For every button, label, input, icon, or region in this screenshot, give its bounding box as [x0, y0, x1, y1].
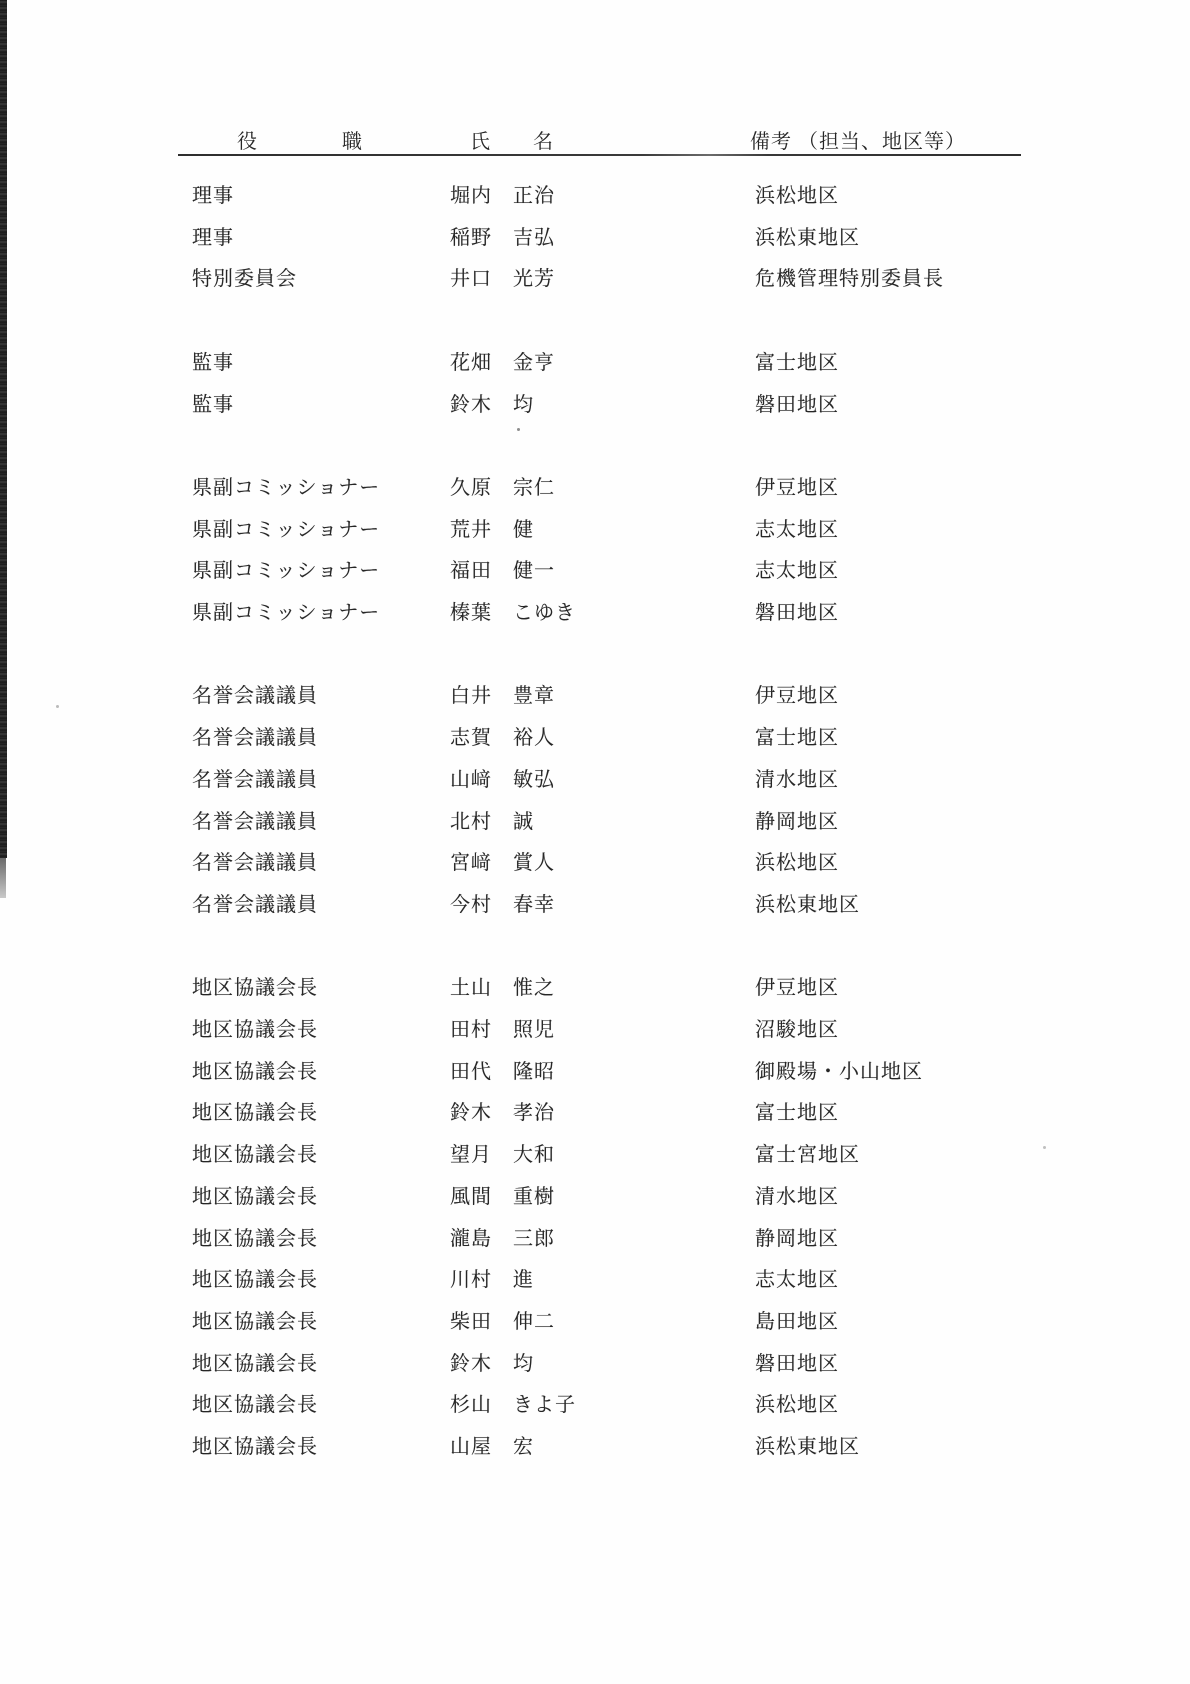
table-row: 地区協議会長山屋 宏浜松東地区 [0, 1436, 1190, 1458]
note-cell: 危機管理特別委員長 [755, 268, 944, 290]
note-cell: 志太地区 [755, 519, 839, 541]
note-cell: 伊豆地区 [755, 977, 839, 999]
table-row: 地区協議会長杉山 きよ子浜松地区 [0, 1394, 1190, 1416]
note-cell: 御殿場・小山地区 [755, 1061, 923, 1083]
note-cell: 静岡地区 [755, 1228, 839, 1250]
name-cell: 福田 健一 [450, 560, 555, 582]
name-cell: 榛葉 こゆき [450, 602, 576, 624]
header-divider [178, 154, 1021, 156]
note-cell: 浜松地区 [755, 185, 839, 207]
table-row: 地区協議会長鈴木 均磐田地区 [0, 1353, 1190, 1375]
role-cell: 県副コミッショナー [192, 519, 380, 541]
role-cell: 県副コミッショナー [192, 477, 380, 499]
role-cell: 県副コミッショナー [192, 560, 380, 582]
name-cell: 瀧島 三郎 [450, 1228, 555, 1250]
note-cell: 伊豆地区 [755, 685, 839, 707]
note-cell: 浜松東地区 [755, 1436, 860, 1458]
table-row: 監事花畑 金亨富士地区 [0, 352, 1190, 374]
role-cell: 地区協議会長 [192, 1269, 318, 1291]
note-cell: 浜松地区 [755, 852, 839, 874]
note-cell: 富士宮地区 [755, 1144, 860, 1166]
note-cell: 富士地区 [755, 352, 839, 374]
table-row: 名誉会議議員志賀 裕人富士地区 [0, 727, 1190, 749]
role-cell: 名誉会議議員 [192, 894, 318, 916]
table-row: 地区協議会長瀧島 三郎静岡地区 [0, 1228, 1190, 1250]
scanned-page: 役 職 氏 名 備考 （担当、地区等） 理事堀内 正治浜松地区理事稲野 吉弘浜松… [0, 0, 1190, 1684]
name-cell: 久原 宗仁 [450, 477, 555, 499]
table-row: 地区協議会長土山 惟之伊豆地区 [0, 977, 1190, 999]
role-cell: 監事 [192, 352, 234, 374]
note-cell: 伊豆地区 [755, 477, 839, 499]
note-cell: 富士地区 [755, 727, 839, 749]
table-row: 名誉会議議員白井 豊章伊豆地区 [0, 685, 1190, 707]
table-row: 地区協議会長川村 進志太地区 [0, 1269, 1190, 1291]
table-row: 名誉会議議員今村 春幸浜松東地区 [0, 894, 1190, 916]
table-row: 特別委員会井口 光芳危機管理特別委員長 [0, 268, 1190, 290]
role-cell: 名誉会議議員 [192, 727, 318, 749]
role-cell: 地区協議会長 [192, 1311, 318, 1333]
name-cell: 鈴木 孝治 [450, 1102, 555, 1124]
role-cell: 地区協議会長 [192, 1144, 318, 1166]
note-cell: 富士地区 [755, 1102, 839, 1124]
column-header-name: 氏 名 [470, 131, 554, 153]
name-cell: 山屋 宏 [450, 1436, 534, 1458]
table-row: 地区協議会長望月 大和富士宮地区 [0, 1144, 1190, 1166]
role-cell: 監事 [192, 394, 234, 416]
name-cell: 白井 豊章 [450, 685, 555, 707]
role-cell: 地区協議会長 [192, 1061, 318, 1083]
table-row: 地区協議会長鈴木 孝治富士地区 [0, 1102, 1190, 1124]
role-cell: 理事 [192, 185, 234, 207]
role-cell: 名誉会議議員 [192, 811, 318, 833]
name-cell: 北村 誠 [450, 811, 534, 833]
name-cell: 井口 光芳 [450, 268, 555, 290]
name-cell: 花畑 金亨 [450, 352, 555, 374]
table-row: 理事稲野 吉弘浜松東地区 [0, 227, 1190, 249]
name-cell: 柴田 伸二 [450, 1311, 555, 1333]
column-header-note: 備考 （担当、地区等） [750, 131, 966, 153]
name-cell: 堀内 正治 [450, 185, 555, 207]
role-cell: 県副コミッショナー [192, 602, 380, 624]
role-cell: 名誉会議議員 [192, 769, 318, 791]
name-cell: 山﨑 敏弘 [450, 769, 555, 791]
role-cell: 理事 [192, 227, 234, 249]
name-cell: 土山 惟之 [450, 977, 555, 999]
note-cell: 浜松東地区 [755, 894, 860, 916]
note-cell: 志太地区 [755, 560, 839, 582]
name-cell: 今村 春幸 [450, 894, 555, 916]
role-cell: 特別委員会 [192, 268, 297, 290]
name-cell: 稲野 吉弘 [450, 227, 555, 249]
role-cell: 地区協議会長 [192, 1186, 318, 1208]
note-cell: 静岡地区 [755, 811, 839, 833]
name-cell: 田代 隆昭 [450, 1061, 555, 1083]
role-cell: 地区協議会長 [192, 1436, 318, 1458]
note-cell: 磐田地区 [755, 1353, 839, 1375]
name-cell: 鈴木 均 [450, 1353, 534, 1375]
name-cell: 望月 大和 [450, 1144, 555, 1166]
name-cell: 田村 照児 [450, 1019, 555, 1041]
table-row: 名誉会議議員宮﨑 賞人浜松地区 [0, 852, 1190, 874]
table-row: 県副コミッショナー久原 宗仁伊豆地区 [0, 477, 1190, 499]
note-cell: 浜松地区 [755, 1394, 839, 1416]
table-row: 地区協議会長柴田 伸二島田地区 [0, 1311, 1190, 1333]
table-row: 県副コミッショナー榛葉 こゆき磐田地区 [0, 602, 1190, 624]
table-row: 監事鈴木 均磐田地区 [0, 394, 1190, 416]
table-row: 名誉会議議員山﨑 敏弘清水地区 [0, 769, 1190, 791]
role-cell: 地区協議会長 [192, 1353, 318, 1375]
name-cell: 志賀 裕人 [450, 727, 555, 749]
scan-speck [517, 428, 520, 431]
name-cell: 杉山 きよ子 [450, 1394, 576, 1416]
note-cell: 沼駿地区 [755, 1019, 839, 1041]
role-cell: 名誉会議議員 [192, 685, 318, 707]
role-cell: 地区協議会長 [192, 1102, 318, 1124]
role-cell: 名誉会議議員 [192, 852, 318, 874]
role-cell: 地区協議会長 [192, 1394, 318, 1416]
note-cell: 志太地区 [755, 1269, 839, 1291]
scan-speck [1043, 1146, 1046, 1149]
column-header-role: 役 職 [237, 131, 363, 153]
role-cell: 地区協議会長 [192, 977, 318, 999]
note-cell: 島田地区 [755, 1311, 839, 1333]
note-cell: 清水地区 [755, 769, 839, 791]
name-cell: 鈴木 均 [450, 394, 534, 416]
name-cell: 荒井 健 [450, 519, 534, 541]
table-row: 名誉会議議員北村 誠静岡地区 [0, 811, 1190, 833]
role-cell: 地区協議会長 [192, 1019, 318, 1041]
table-row: 地区協議会長田村 照児沼駿地区 [0, 1019, 1190, 1041]
table-row: 県副コミッショナー荒井 健志太地区 [0, 519, 1190, 541]
table-row: 地区協議会長田代 隆昭御殿場・小山地区 [0, 1061, 1190, 1083]
scan-speck [56, 705, 59, 708]
table-row: 県副コミッショナー福田 健一志太地区 [0, 560, 1190, 582]
name-cell: 宮﨑 賞人 [450, 852, 555, 874]
name-cell: 川村 進 [450, 1269, 534, 1291]
note-cell: 浜松東地区 [755, 227, 860, 249]
note-cell: 清水地区 [755, 1186, 839, 1208]
table-row: 理事堀内 正治浜松地区 [0, 185, 1190, 207]
note-cell: 磐田地区 [755, 394, 839, 416]
table-row: 地区協議会長風間 重樹清水地区 [0, 1186, 1190, 1208]
name-cell: 風間 重樹 [450, 1186, 555, 1208]
note-cell: 磐田地区 [755, 602, 839, 624]
role-cell: 地区協議会長 [192, 1228, 318, 1250]
